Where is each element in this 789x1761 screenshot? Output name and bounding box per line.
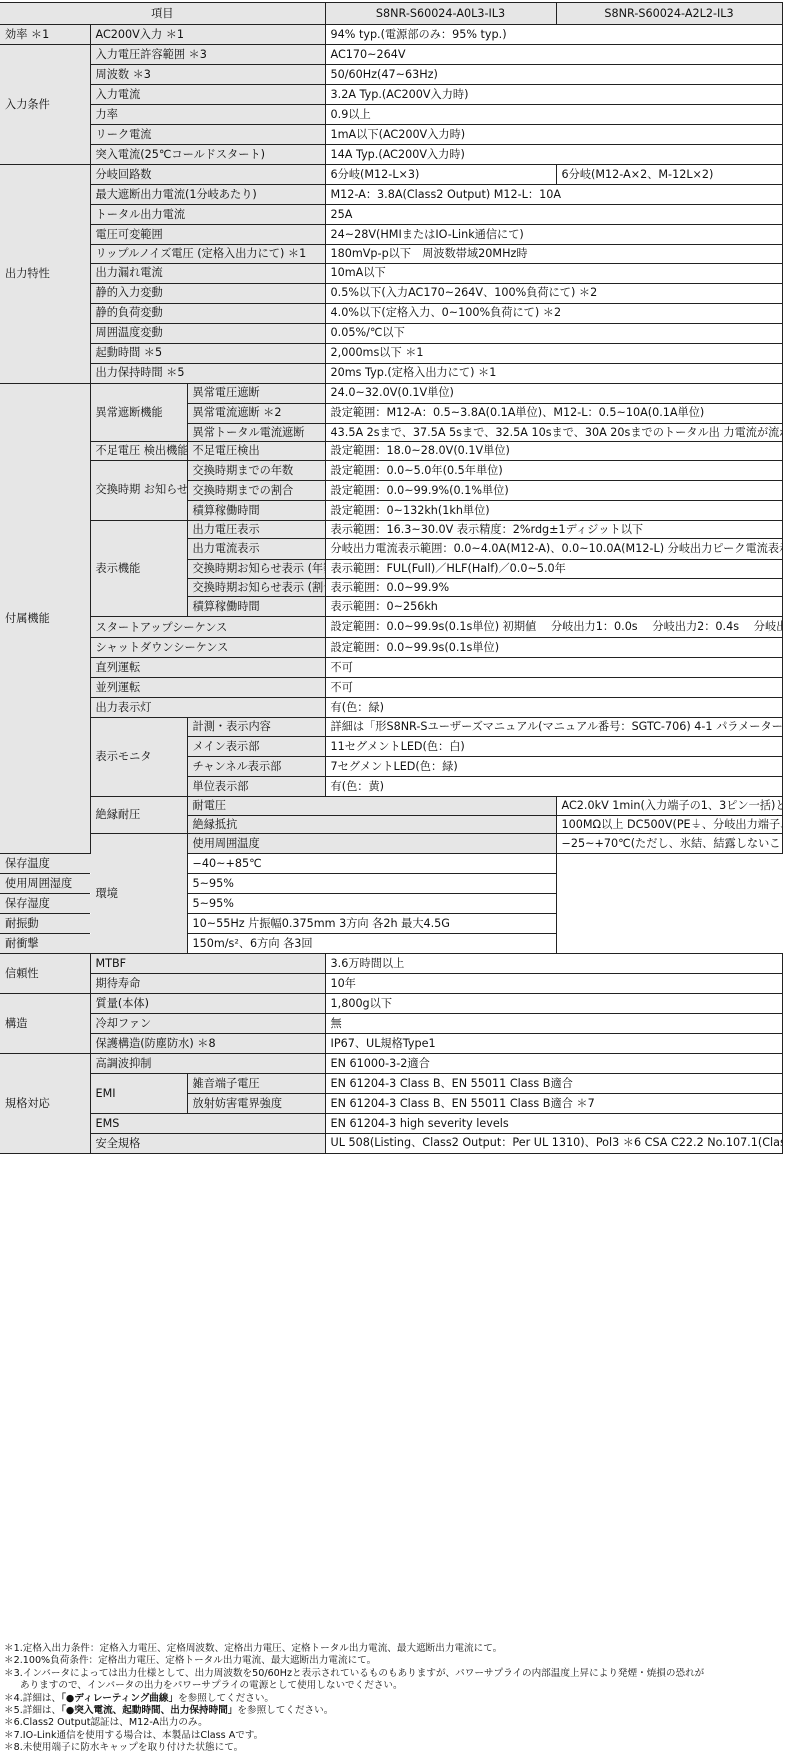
row-value: EN 61000-3-2適合 — [325, 1054, 782, 1074]
row-label: 保護構造(防塵防水) ＊8 — [90, 1034, 325, 1054]
footnote-text: 定格入出力条件：定格入力電圧、定格周波数、定格出力電圧、定格トータル出力電流、最… — [23, 1643, 503, 1654]
table-row: 突入電流(25℃コールドスタート)14A Typ.(AC200V入力時) — [0, 145, 782, 165]
table-row: 環境 使用周囲温度 −25~+70℃(ただし、氷結、結露しないこと) ＊4 — [0, 834, 782, 854]
table-row: 効率 ＊1 AC200V入力 ＊1 94% typ.(電源部のみ：95% typ… — [0, 25, 782, 45]
table-row: EMI 雑音端子電圧 EN 61204-3 Class B、EN 55011 C… — [0, 1074, 782, 1094]
footnote-text: 未使用端子に防水キャップを取り付けた状態にて。 — [23, 1742, 243, 1753]
row-value-model-a: 6分岐(M12-L×3) — [325, 165, 556, 185]
row-value: 不可 — [325, 678, 782, 698]
row-label: 分岐回路数 — [90, 165, 325, 185]
row-value: EN 61204-3 high severity levels — [325, 1114, 782, 1134]
row-value: 11セグメントLED(色：白) — [325, 736, 782, 756]
row-value: −40~+85℃ — [187, 854, 556, 874]
table-row: EMSEN 61204-3 high severity levels — [0, 1114, 782, 1134]
row-value: 有(色：緑) — [325, 698, 782, 718]
row-value: 94% typ.(電源部のみ：95% typ.) — [325, 25, 782, 45]
row-label: メイン表示部 — [187, 736, 325, 756]
subgroup-replacement: 交換時期 お知らせ機能 — [90, 460, 187, 520]
row-label: スタートアップシーケンス — [90, 617, 325, 638]
row-label: MTBF — [90, 954, 325, 974]
subgroup-emi: EMI — [90, 1074, 187, 1114]
header-model-b: S8NR-S60024-A2L2-IL3 — [556, 3, 782, 25]
footnote-5: ＊5.詳細は、「●突入電流、起動時間、出力保持時間」を参照してください。 — [4, 1705, 786, 1717]
row-value: 2,000ms以下 ＊1 — [325, 343, 782, 363]
table-row: 期待寿命10年 — [0, 974, 782, 994]
row-label: 入力電流 — [90, 85, 325, 105]
row-label: 積算稼働時間 — [187, 597, 325, 617]
row-label: 冷却ファン — [90, 1014, 325, 1034]
row-label: 使用周囲温度 — [187, 834, 556, 854]
row-label: 耐衝撃 — [0, 934, 187, 954]
row-label: チャンネル表示部 — [187, 756, 325, 776]
row-label: 突入電流(25℃コールドスタート) — [90, 145, 325, 165]
row-value-model-b: 6分岐(M12-A×2、M-12L×2) — [556, 165, 782, 185]
table-row: 耐振動10~55Hz 片振幅0.375mm 3方向 各2h 最大4.5G — [0, 914, 782, 934]
footnote-reference: 「●ディレーティング曲線」 — [61, 1693, 178, 1704]
row-label: リーク電流 — [90, 125, 325, 145]
row-label: 異常電圧遮断 — [187, 383, 325, 403]
row-label: トータル出力電流 — [90, 205, 325, 225]
table-row: 絶縁耐圧 耐電圧 AC2.0kV 1min(入力端子の1、3ピン一括)と (PE… — [0, 796, 782, 815]
row-value: EN 61204-3 Class B、EN 55011 Class B適合 ＊7 — [325, 1094, 782, 1114]
row-value: 150m/s²、6方向 各3回 — [187, 934, 556, 954]
group-reliability: 信頼性 — [0, 954, 90, 994]
row-label: 期待寿命 — [90, 974, 325, 994]
row-label: 交換時期までの割合 — [187, 480, 325, 500]
row-value: 14A Typ.(AC200V入力時) — [325, 145, 782, 165]
row-value: −25~+70℃(ただし、氷結、結露しないこと) ＊4 — [556, 834, 782, 854]
row-label: 入力電圧許容範囲 ＊3 — [90, 45, 325, 65]
table-row: 付属機能 異常遮断機能 異常電圧遮断 24.0~32.0V(0.1V単位) — [0, 383, 782, 403]
row-label: 放射妨害電界強度 — [187, 1094, 325, 1114]
row-label: 力率 — [90, 105, 325, 125]
row-value: 25A — [325, 205, 782, 225]
row-label: 並列運転 — [90, 678, 325, 698]
footnote-2: ＊2.100%負荷条件：定格出力電圧、定格トータル出力電流、最大遮断出力電流にて… — [4, 1655, 786, 1667]
table-row: 表示モニタ 計測・表示内容 詳細は「形S8NR-Sユーザーズマニュアル(マニュア… — [0, 718, 782, 737]
footnote-mark: ＊1. — [4, 1643, 23, 1654]
footnote-8: ＊8.未使用端子に防水キャップを取り付けた状態にて。 — [4, 1742, 786, 1754]
group-output: 出力特性 — [0, 165, 90, 384]
table-row: 保存温度−40~+85℃ — [0, 854, 782, 874]
table-row: 入力電流3.2A Typ.(AC200V入力時) — [0, 85, 782, 105]
table-row: 出力漏れ電流10mA以下 — [0, 263, 782, 283]
table-row: 周囲温度変動0.05%/℃以下 — [0, 323, 782, 343]
table-row: 表示機能 出力電圧表示 表示範囲：16.3~30.0V 表示精度：2%rdg±1… — [0, 520, 782, 539]
row-value: 分岐出力電流表示範囲：0.0~4.0A(M12-A)、0.0~10.0A(M12… — [325, 539, 782, 560]
table-row: スタートアップシーケンス 設定範囲：0.0~99.9s(0.1s単位) 初期値 … — [0, 617, 782, 638]
row-label: 周波数 ＊3 — [90, 65, 325, 85]
row-label: EMS — [90, 1114, 325, 1134]
footnote-mark: ＊2. — [4, 1655, 23, 1666]
table-row: 安全規格UL 508(Listing、Class2 Output：Per UL … — [0, 1134, 782, 1153]
row-label: 直列運転 — [90, 658, 325, 678]
row-value: 設定範囲：0~132kh(1kh単位) — [325, 500, 782, 520]
group-standards: 規格対応 — [0, 1054, 90, 1153]
row-value: 表示範囲：FUL(Full)／HLF(Half)／0.0~5.0年 — [325, 559, 782, 578]
row-value: 設定範囲：0.0~5.0年(0.5年単位) — [325, 460, 782, 480]
row-value: 1mA以下(AC200V入力時) — [325, 125, 782, 145]
row-value: 詳細は「形S8NR-Sユーザーズマニュアル(マニュアル番号：SGTC-706) … — [325, 718, 782, 737]
footnote-text: 詳細は、 — [23, 1705, 61, 1716]
table-row: トータル出力電流25A — [0, 205, 782, 225]
footnote-6: ＊6.Class2 Output認証は、M12-A出力のみ。 — [4, 1717, 786, 1729]
row-label: 周囲温度変動 — [90, 323, 325, 343]
row-value: 100MΩ以上 DC500V(PE⏚、分岐出力端子、IO-Link通信端子一括)… — [556, 815, 782, 834]
footnote-text: IO-Link通信を使用する場合は、本製品はClass Aです。 — [23, 1730, 264, 1741]
table-row: 並列運転不可 — [0, 678, 782, 698]
table-row: 電圧可変範囲24~28V(HMIまたはIO-Link通信にて) — [0, 225, 782, 245]
row-label: 異常電流遮断 ＊2 — [187, 403, 325, 423]
row-label: 出力電流表示 — [187, 539, 325, 560]
footnote-mark: ＊7. — [4, 1730, 23, 1741]
row-value: 3.2A Typ.(AC200V入力時) — [325, 85, 782, 105]
row-label: 出力漏れ電流 — [90, 263, 325, 283]
row-label: 出力表示灯 — [90, 698, 325, 718]
table-row: リーク電流1mA以下(AC200V入力時) — [0, 125, 782, 145]
row-value: 7セグメントLED(色：緑) — [325, 756, 782, 776]
footnote-text: 100%負荷条件：定格出力電圧、定格トータル出力電流、最大遮断出力電流にて。 — [23, 1655, 376, 1666]
header-item: 項目 — [0, 3, 325, 25]
row-value: 10mA以下 — [325, 263, 782, 283]
footnote-7: ＊7.IO-Link通信を使用する場合は、本製品はClass Aです。 — [4, 1730, 786, 1742]
row-value: 不可 — [325, 658, 782, 678]
table-row: 起動時間 ＊52,000ms以下 ＊1 — [0, 343, 782, 363]
row-value: 10年 — [325, 974, 782, 994]
table-row: 構造 質量(本体) 1,800g以下 — [0, 994, 782, 1014]
table-row: 出力保持時間 ＊520ms Typ.(定格入出力にて) ＊1 — [0, 363, 782, 383]
row-value: 設定範囲：18.0~28.0V(0.1V単位) — [325, 442, 782, 461]
row-value: UL 508(Listing、Class2 Output：Per UL 1310… — [325, 1134, 782, 1153]
footnote-reference: 「●突入電流、起動時間、出力保持時間」 — [61, 1705, 237, 1716]
table-row: 力率0.9以上 — [0, 105, 782, 125]
row-value: 1,800g以下 — [325, 994, 782, 1014]
row-value: 0.5%以下(入力AC170~264V、100%負荷にて) ＊2 — [325, 283, 782, 303]
footnote-text: Class2 Output認証は、M12-A出力のみ。 — [23, 1717, 208, 1728]
row-label: AC200V入力 ＊1 — [90, 25, 325, 45]
row-label: 不足電圧検出 — [187, 442, 325, 461]
row-value: 24~28V(HMIまたはIO-Link通信にて) — [325, 225, 782, 245]
row-value: 10~55Hz 片振幅0.375mm 3方向 各2h 最大4.5G — [187, 914, 556, 934]
header-model-a: S8NR-S60024-A0L3-IL3 — [325, 3, 556, 25]
row-value: M12-A：3.8A(Class2 Output) M12-L：10A — [325, 185, 782, 205]
subgroup-display: 表示機能 — [90, 520, 187, 616]
footnote-mark: ＊8. — [4, 1742, 23, 1753]
row-value: AC170~264V — [325, 45, 782, 65]
table-row: 規格対応 高調波抑制 EN 61000-3-2適合 — [0, 1054, 782, 1074]
table-row: 周波数 ＊350/60Hz(47~63Hz) — [0, 65, 782, 85]
row-value: 180mVp-p以下 周波数帯域20MHz時 — [325, 245, 782, 264]
table-row: シャットダウンシーケンス設定範囲：0.0~99.9s(0.1s単位) — [0, 638, 782, 658]
row-label: 質量(本体) — [90, 994, 325, 1014]
row-value: 表示範囲：0.0~99.9% — [325, 578, 782, 597]
row-value: EN 61204-3 Class B、EN 55011 Class B適合 — [325, 1074, 782, 1094]
row-value: AC2.0kV 1min(入力端子の1、3ピン一括)と (PE⏚、分岐出力端子、… — [556, 796, 782, 815]
row-label: 計測・表示内容 — [187, 718, 325, 737]
table-row: 入力条件 入力電圧許容範囲 ＊3 AC170~264V — [0, 45, 782, 65]
row-value: 有(色：黄) — [325, 776, 782, 796]
table-row: 冷却ファン無 — [0, 1014, 782, 1034]
group-insulation: 絶縁耐圧 — [90, 796, 187, 833]
group-efficiency: 効率 ＊1 — [0, 25, 90, 45]
footnotes: ＊1.定格入出力条件：定格入力電圧、定格周波数、定格出力電圧、定格トータル出力電… — [4, 1643, 786, 1755]
row-label: 保存温度 — [0, 854, 187, 874]
table-row: 静的負荷変動4.0%以下(定格入力、0~100%負荷にて) ＊2 — [0, 303, 782, 323]
group-construction: 構造 — [0, 994, 90, 1054]
footnote-3: ＊3.インバータによっては出力仕様として、出力周波数を50/60Hzと表示されて… — [4, 1668, 786, 1680]
row-value: 24.0~32.0V(0.1V単位) — [325, 383, 782, 403]
spec-table: 項目 S8NR-S60024-A0L3-IL3 S8NR-S60024-A2L2… — [0, 2, 783, 1154]
row-value: 表示範囲：16.3~30.0V 表示精度：2%rdg±1ディジット以下 — [325, 520, 782, 539]
table-row: 出力特性 分岐回路数 6分岐(M12-L×3) 6分岐(M12-A×2、M-12… — [0, 165, 782, 185]
table-row: 耐衝撃150m/s²、6方向 各3回 — [0, 934, 782, 954]
row-label: 安全規格 — [90, 1134, 325, 1153]
footnote-text: を参照してください。 — [237, 1705, 333, 1716]
row-label: 静的負荷変動 — [90, 303, 325, 323]
row-label: リップルノイズ電圧 (定格入出力にて) ＊1 — [90, 245, 325, 264]
row-value: 5~95% — [187, 894, 556, 914]
table-row: リップルノイズ電圧 (定格入出力にて) ＊1180mVp-p以下 周波数帯域20… — [0, 245, 782, 264]
group-functions: 付属機能 — [0, 383, 90, 854]
row-label: 耐電圧 — [187, 796, 556, 815]
row-value: 20ms Typ.(定格入出力にて) ＊1 — [325, 363, 782, 383]
footnote-text: インバータによっては出力仕様として、出力周波数を50/60Hzと表示されているも… — [23, 1668, 705, 1679]
row-value: 43.5A 2sまで、37.5A 5sまで、32.5A 10sまで、30A 20… — [325, 423, 782, 442]
table-row: 不足電圧 検出機能 不足電圧検出 設定範囲：18.0~28.0V(0.1V単位) — [0, 442, 782, 461]
subgroup-abnormal-cutoff: 異常遮断機能 — [90, 383, 187, 442]
footnote-mark: ＊6. — [4, 1717, 23, 1728]
footnote-text: を参照してください。 — [178, 1693, 274, 1704]
row-label: 出力保持時間 ＊5 — [90, 363, 325, 383]
row-label: 静的入力変動 — [90, 283, 325, 303]
row-label: 使用周囲湿度 — [0, 874, 187, 894]
group-input: 入力条件 — [0, 45, 90, 165]
row-value: 無 — [325, 1014, 782, 1034]
row-label: 交換時期までの年数 — [187, 460, 325, 480]
row-label: シャットダウンシーケンス — [90, 638, 325, 658]
table-header-row: 項目 S8NR-S60024-A0L3-IL3 S8NR-S60024-A2L2… — [0, 3, 782, 25]
footnote-mark: ＊4. — [4, 1693, 23, 1704]
row-label: 起動時間 ＊5 — [90, 343, 325, 363]
table-row: 静的入力変動0.5%以下(入力AC170~264V、100%負荷にて) ＊2 — [0, 283, 782, 303]
row-label: 絶縁抵抗 — [187, 815, 556, 834]
row-label: 交換時期お知らせ表示 (年数) — [187, 559, 325, 578]
row-value: 4.0%以下(定格入力、0~100%負荷にて) ＊2 — [325, 303, 782, 323]
row-label: 高調波抑制 — [90, 1054, 325, 1074]
table-row: 保護構造(防塵防水) ＊8IP67、UL規格Type1 — [0, 1034, 782, 1054]
footnote-mark: ＊3. — [4, 1668, 23, 1679]
row-label: 異常トータル電流遮断 — [187, 423, 325, 442]
table-row: 直列運転不可 — [0, 658, 782, 678]
row-label: 保存湿度 — [0, 894, 187, 914]
row-value: 5~95% — [187, 874, 556, 894]
row-label: 出力電圧表示 — [187, 520, 325, 539]
subgroup-monitor: 表示モニタ — [90, 718, 187, 797]
row-value: 3.6万時間以上 — [325, 954, 782, 974]
row-value: 設定範囲：0.0~99.9s(0.1s単位) 初期値 分岐出力1：0.0s 分岐… — [325, 617, 782, 638]
row-value: 設定範囲：M12-A：0.5~3.8A(0.1A単位)、M12-L：0.5~10… — [325, 403, 782, 423]
row-value: IP67、UL規格Type1 — [325, 1034, 782, 1054]
footnote-3-continued: ありますので、インバータの出力をパワーサプライの電源として使用しないでください。 — [4, 1680, 786, 1692]
row-label: 交換時期お知らせ表示 (割合) — [187, 578, 325, 597]
footnote-1: ＊1.定格入出力条件：定格入力電圧、定格周波数、定格出力電圧、定格トータル出力電… — [4, 1643, 786, 1655]
footnote-text: 詳細は、 — [23, 1693, 61, 1704]
row-value: 0.05%/℃以下 — [325, 323, 782, 343]
footnote-mark: ＊5. — [4, 1705, 23, 1716]
table-row: 交換時期 お知らせ機能 交換時期までの年数 設定範囲：0.0~5.0年(0.5年… — [0, 460, 782, 480]
row-value: 0.9以上 — [325, 105, 782, 125]
row-label: 単位表示部 — [187, 776, 325, 796]
footnote-4: ＊4.詳細は、「●ディレーティング曲線」を参照してください。 — [4, 1693, 786, 1705]
row-label: 耐振動 — [0, 914, 187, 934]
table-row: 最大遮断出力電流(1分岐あたり)M12-A：3.8A(Class2 Output… — [0, 185, 782, 205]
row-value: 表示範囲：0~256kh — [325, 597, 782, 617]
row-label: 電圧可変範囲 — [90, 225, 325, 245]
row-label: 雑音端子電圧 — [187, 1074, 325, 1094]
table-row: 信頼性 MTBF 3.6万時間以上 — [0, 954, 782, 974]
row-value: 設定範囲：0.0~99.9s(0.1s単位) — [325, 638, 782, 658]
table-row: 出力表示灯有(色：緑) — [0, 698, 782, 718]
row-label: 積算稼働時間 — [187, 500, 325, 520]
row-label: 最大遮断出力電流(1分岐あたり) — [90, 185, 325, 205]
subgroup-undervoltage: 不足電圧 検出機能 — [90, 442, 187, 461]
row-value: 50/60Hz(47~63Hz) — [325, 65, 782, 85]
row-value: 設定範囲：0.0~99.9%(0.1%単位) — [325, 480, 782, 500]
